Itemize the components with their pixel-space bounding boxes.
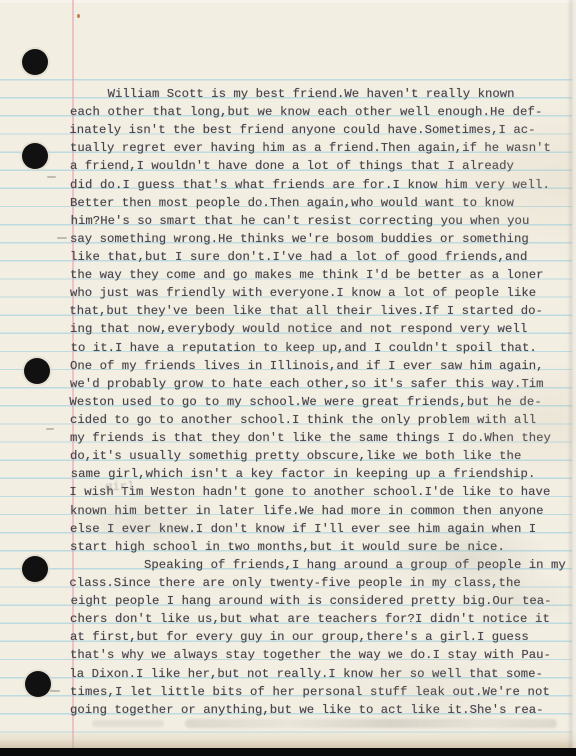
pencil-mark — [47, 176, 56, 178]
paper-top-edge — [0, 0, 576, 3]
typed-line: One of my friends lives in Illinois,and … — [70, 357, 570, 375]
pencil-mark — [57, 237, 67, 239]
typed-line: Speaking of friends,I hang around a grou… — [70, 556, 570, 574]
typed-line: Better then most people do.Then again,wh… — [70, 194, 570, 212]
punch-hole-4 — [22, 556, 48, 582]
typed-line: class.Since there are only twenty-five p… — [69, 574, 569, 592]
punch-hole-3 — [24, 358, 50, 384]
typed-line: chers don't like us,but what are teacher… — [70, 610, 570, 628]
typed-line: say something wrong.He thinks we're boso… — [70, 230, 570, 248]
typed-line: to it.I have a reputation to keep up,and… — [71, 339, 571, 357]
typed-line: inately isn't the best friend anyone cou… — [69, 121, 569, 139]
typed-line: like that,but I sure don't.I've had a lo… — [70, 248, 570, 266]
punch-hole-2 — [22, 143, 48, 169]
typed-line: same girl,which isn't a key factor in ke… — [71, 465, 571, 483]
typed-line: that,but they've been like that all thei… — [69, 302, 569, 320]
typed-line: do,it's usually somethig pretty obscure,… — [70, 447, 570, 465]
eraser-smudge — [185, 719, 557, 728]
typed-line: William Scott is my best friend.We haven… — [71, 85, 571, 103]
eraser-smudge — [92, 720, 164, 727]
typed-line: times,I let little bits of her personal … — [70, 683, 570, 701]
typed-line: did do.I guess that's what friends are f… — [70, 176, 570, 194]
typed-line: ing that now,everybody would notice and … — [70, 320, 570, 338]
typed-line: that's why we always stay together the w… — [70, 646, 570, 664]
typed-line: the way they come and go makes me think … — [70, 266, 570, 284]
typed-line: la Dixon.I like her,but not really.I kno… — [69, 665, 569, 683]
typed-line: we'd probably grow to hate each other,so… — [70, 375, 570, 393]
scan-footer-strip — [0, 748, 576, 756]
typed-line: tually regret ever having him as a frien… — [70, 139, 570, 157]
paper-fleck — [77, 14, 80, 18]
typed-line: each other that long,but we know each ot… — [70, 103, 570, 121]
overtype-ghost-text: girl — [105, 481, 135, 493]
typed-line: start high school in two months,but it w… — [70, 538, 570, 556]
typed-line: I wish Tim Weston hadn't gone to another… — [69, 483, 569, 501]
punch-hole-1 — [22, 49, 48, 75]
typed-line: going together or anything,but we like t… — [70, 701, 570, 719]
typed-line: cided to go to another school.I think th… — [70, 411, 570, 429]
typed-line: him?He's so smart that he can't resist c… — [71, 212, 571, 230]
typed-line: Weston used to go to my school.We were g… — [69, 393, 569, 411]
typed-line: known him better in later life.We had mo… — [70, 502, 570, 520]
typed-text: William Scott is my best friend.We haven… — [70, 85, 570, 719]
notebook-page: William Scott is my best friend.We haven… — [0, 0, 576, 756]
paper-bottom-band — [0, 730, 576, 748]
typed-line: a friend,I wouldn't have done a lot of t… — [70, 157, 570, 175]
paper-right-edge — [567, 0, 576, 748]
typed-line: my friends is that they don't like the s… — [70, 429, 570, 447]
pencil-mark — [46, 428, 54, 430]
pencil-mark — [50, 690, 60, 692]
typed-line: who just was friendly with everyone.I kn… — [70, 284, 570, 302]
typed-line: eight people I hang around with is consi… — [71, 592, 571, 610]
punch-hole-5 — [25, 671, 51, 697]
typed-line: at first,but for every guy in our group,… — [70, 628, 570, 646]
typed-line: else I ever knew.I don't know if I'll ev… — [70, 520, 570, 538]
